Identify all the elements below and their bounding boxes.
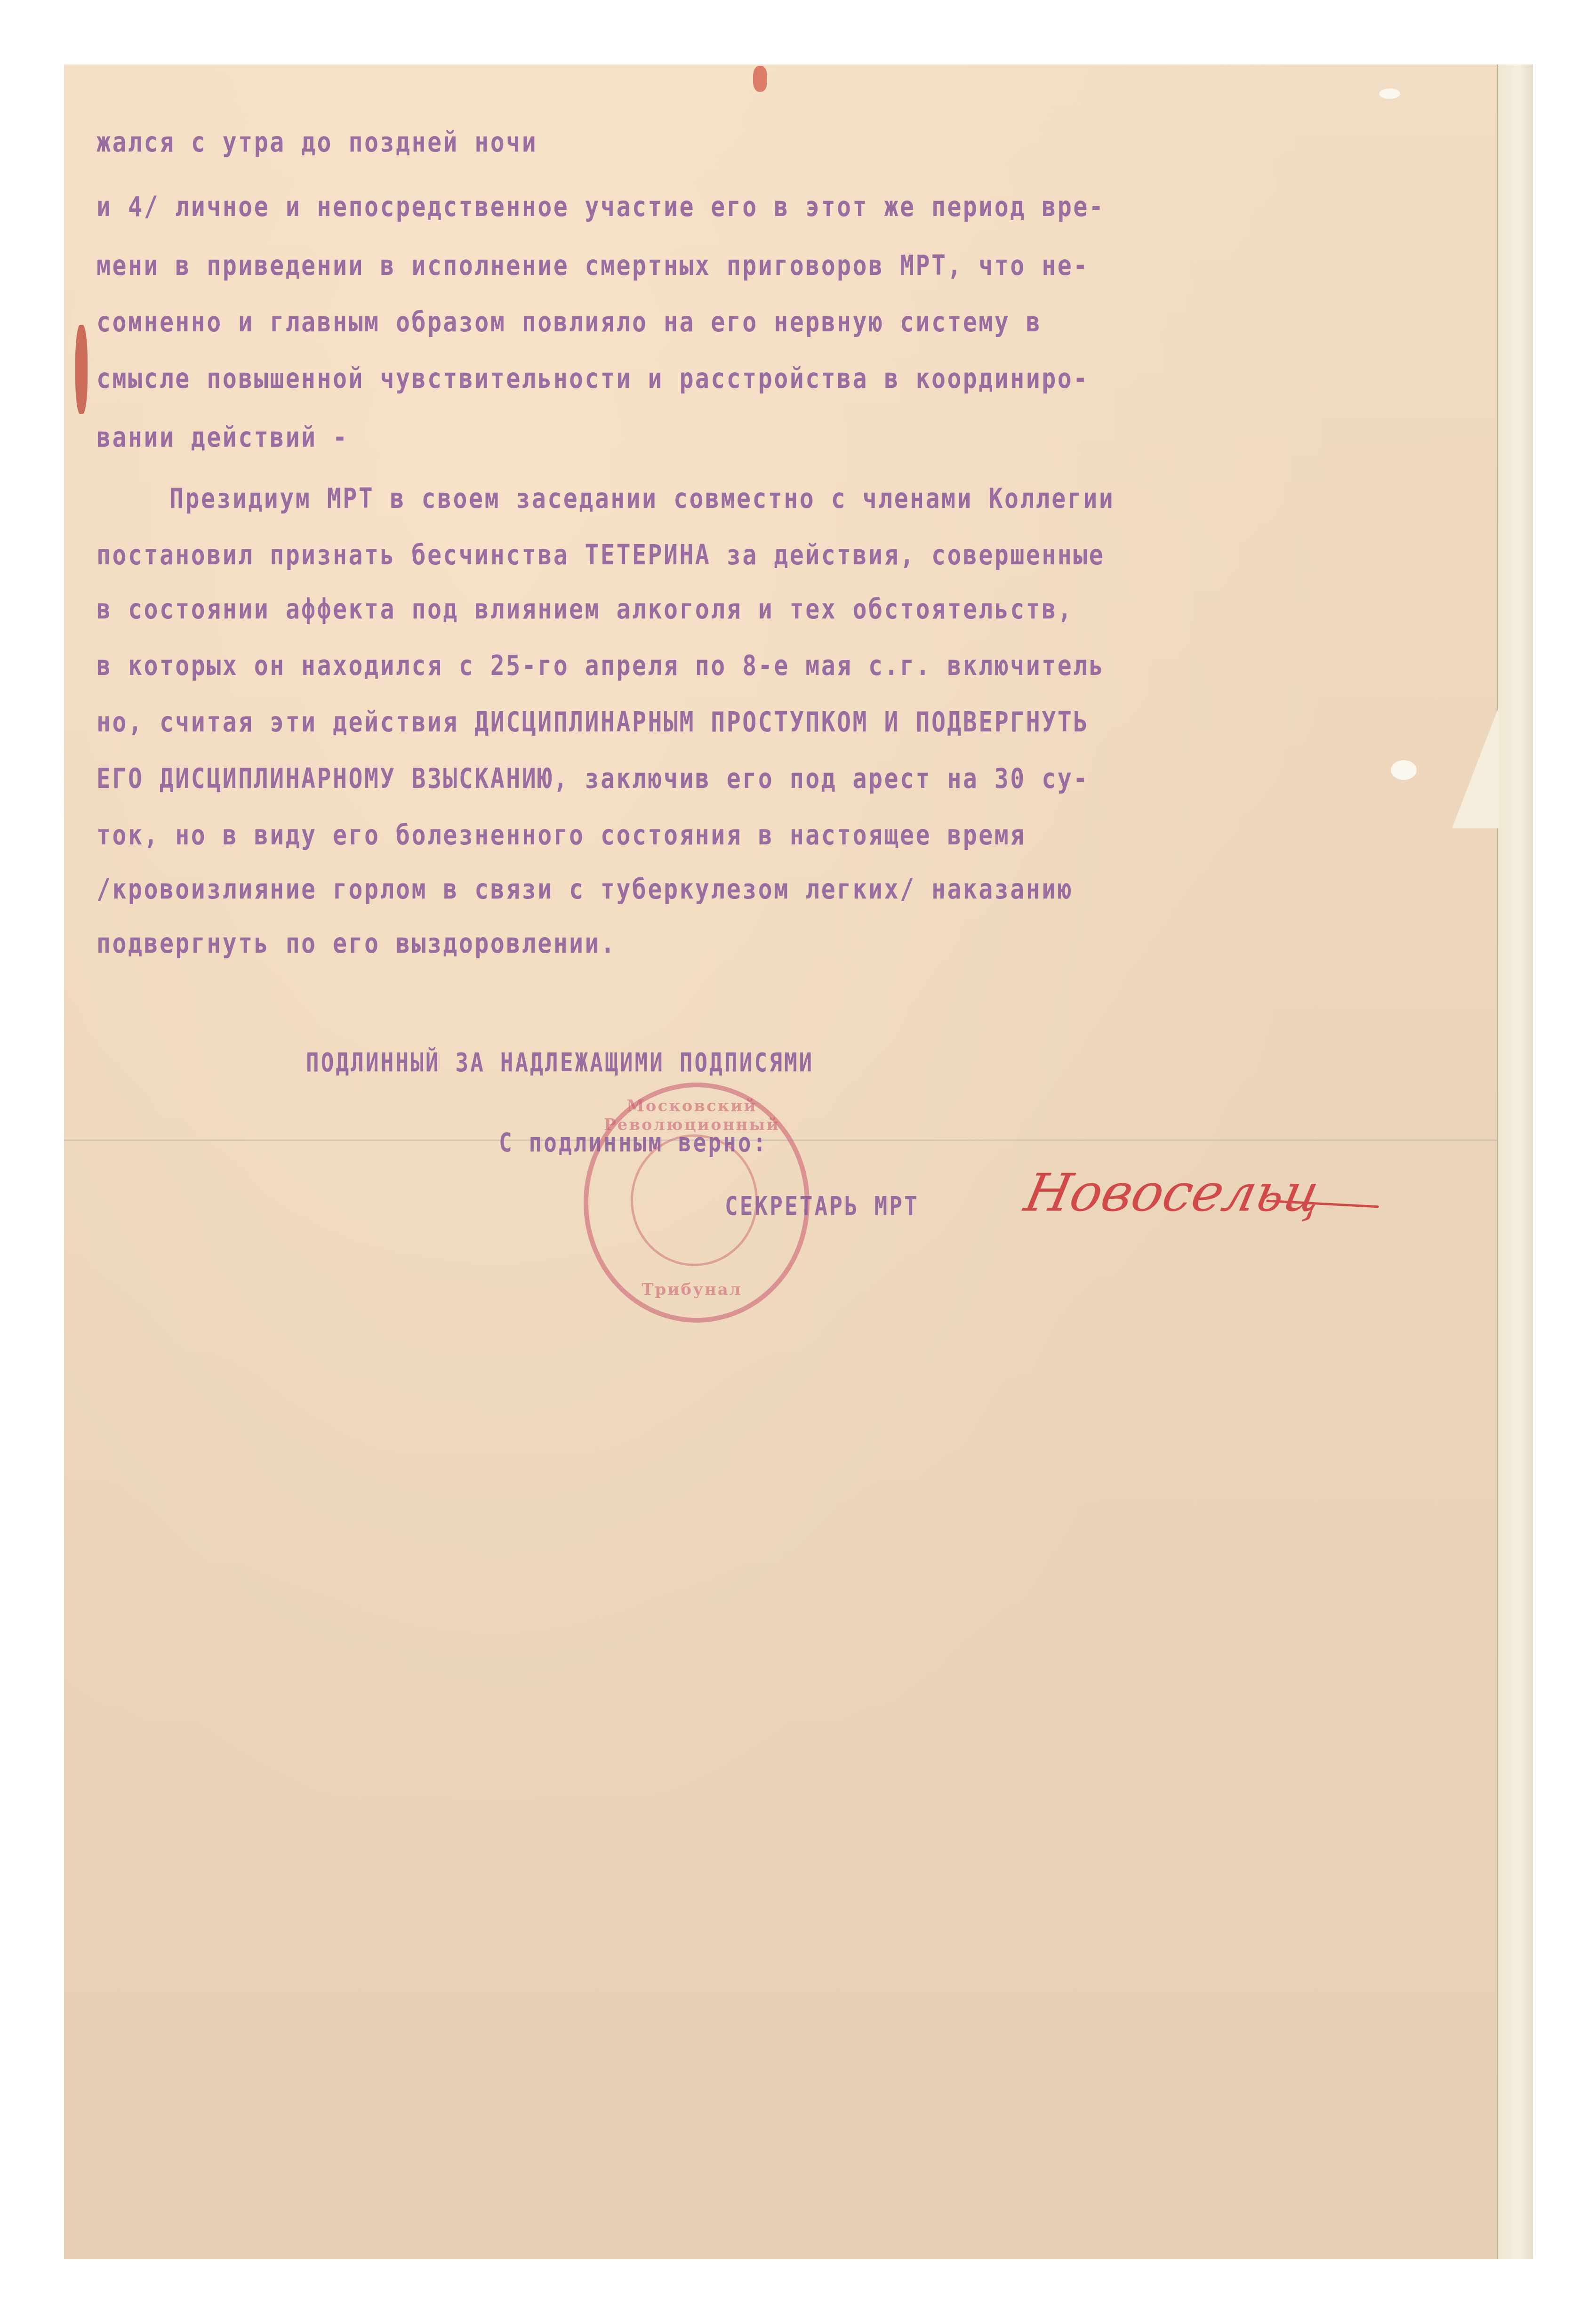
ink-blot (75, 325, 88, 414)
body-line: смысле повышенной чувствительности и рас… (96, 362, 1089, 394)
body-line: но, считая эти действия ДИСЦИПЛИНАРНЫМ П… (96, 706, 1089, 738)
body-line: в состоянии аффекта под влиянием алкогол… (96, 593, 1073, 625)
body-line: подвергнуть по его выздоровлении. (96, 927, 617, 959)
body-line: сомненно и главным образом повлияло на е… (96, 306, 1042, 338)
handwritten-signature: Новосельц (1019, 1163, 1327, 1223)
body-line: в которых он находился с 25-го апреля по… (96, 650, 1105, 682)
punch-hole (1391, 760, 1417, 780)
paper-binding-strip (1497, 64, 1533, 2259)
punch-hole (1379, 88, 1400, 99)
stamp-bottom-text: Трибунал (598, 1280, 786, 1299)
signer-title: СЕКРЕТАРЬ МРТ (725, 1191, 919, 1221)
body-line: Президиум МРТ в своем заседании совместн… (169, 482, 1115, 514)
true-copy-note: С подлинным верно: (499, 1127, 768, 1158)
original-signatures-note: ПОДЛИННЫЙ ЗА НАДЛЕЖАЩИМИ ПОДПИСЯМИ (306, 1047, 814, 1078)
body-line: мени в приведении в исполнение смертных … (96, 249, 1089, 281)
red-mark (753, 66, 767, 92)
body-line: и 4/ личное и непосредственное участие е… (96, 191, 1105, 223)
body-line: ЕГО ДИСЦИПЛИНАРНОМУ ВЗЫСКАНИЮ, заключив … (96, 763, 1089, 795)
body-line: ток, но в виду его болезненного состояни… (96, 819, 1026, 851)
body-line: жался с утра до поздней ночи (96, 126, 537, 158)
body-line: постановил признать бесчинства ТЕТЕРИНА … (96, 539, 1105, 571)
body-line: вании действий - (96, 421, 349, 453)
body-line: /кровоизлияние горлом в связи с туберкул… (96, 873, 1073, 905)
